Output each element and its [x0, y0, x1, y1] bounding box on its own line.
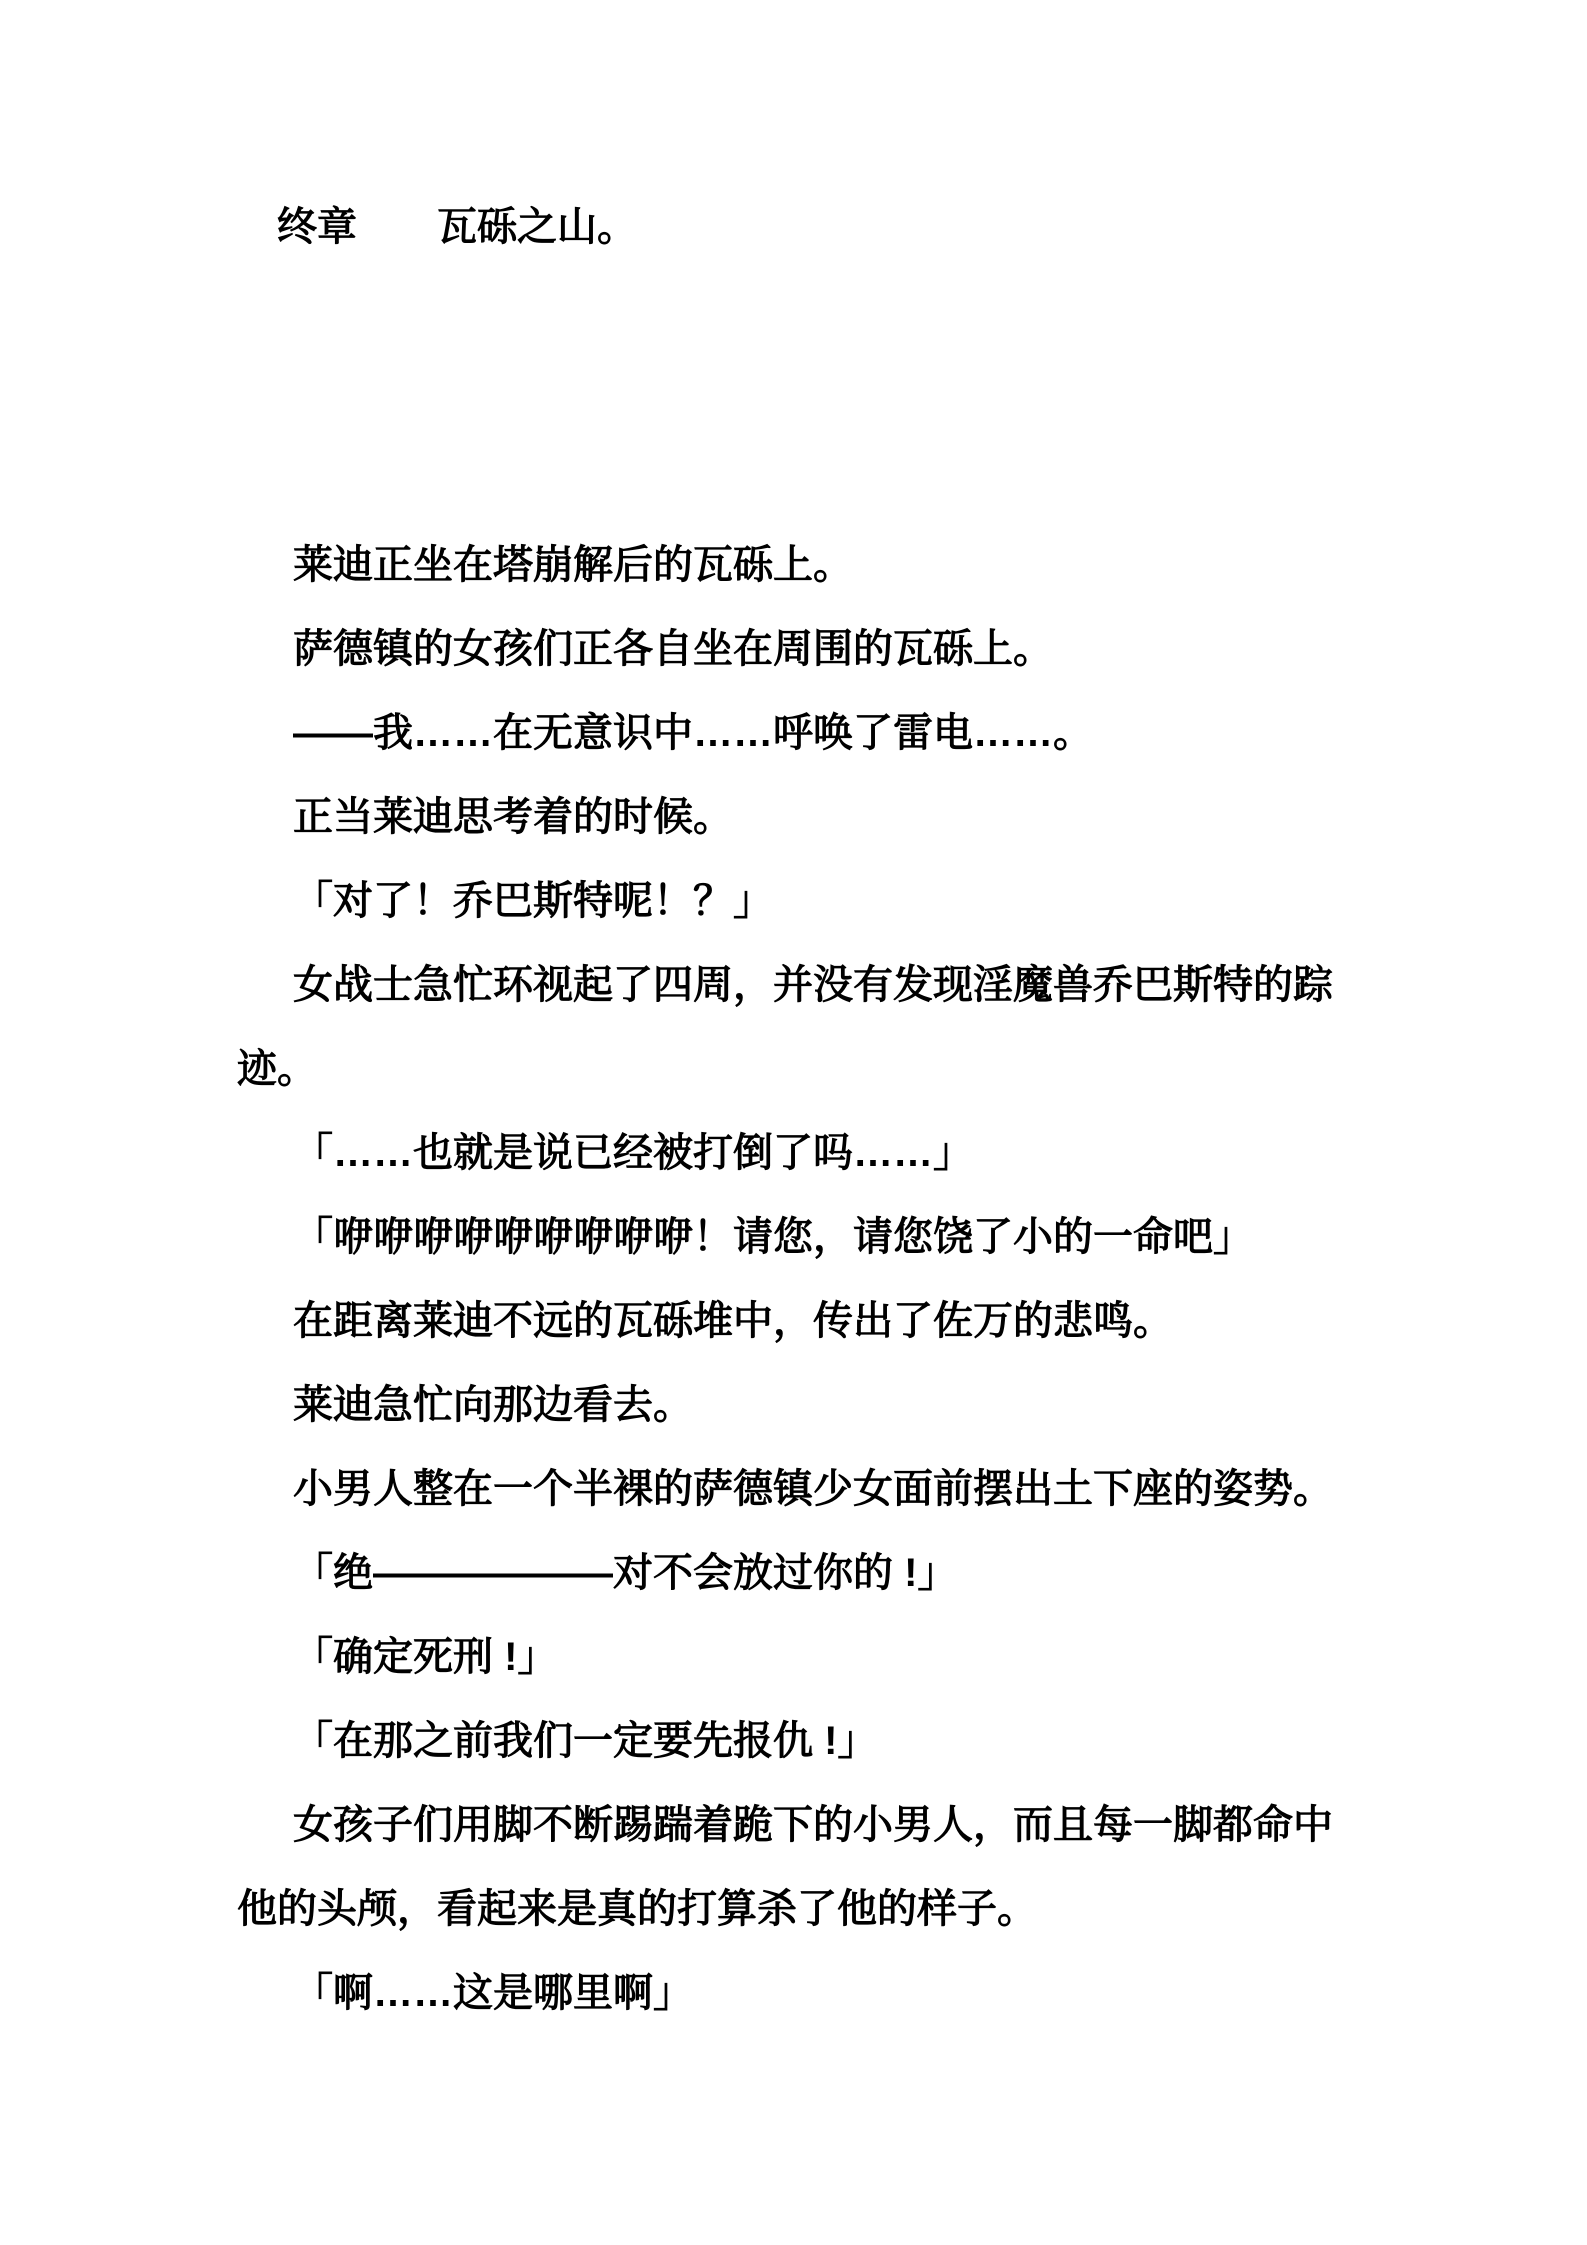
text-line: 「确定死刑 !」: [237, 1615, 1477, 1699]
text-line: 他的头颅，看起来是真的打算杀了他的样子。: [237, 1867, 1477, 1951]
body-text: 莱迪正坐在塔崩解后的瓦砾上。 萨德镇的女孩们正各自坐在周围的瓦砾上。 ——我………: [237, 523, 1477, 2035]
text-line: 迹。: [237, 1027, 1477, 1111]
text-line: 萨德镇的女孩们正各自坐在周围的瓦砾上。: [237, 607, 1477, 691]
text-line: 「啊……这是哪里啊」: [237, 1951, 1477, 2035]
text-line: 小男人整在一个半裸的萨德镇少女面前摆出土下座的姿势。: [237, 1447, 1477, 1531]
text-line: 「绝——————对不会放过你的 !」: [237, 1531, 1477, 1615]
text-line: 「咿咿咿咿咿咿咿咿咿！请您，请您饶了小的一命吧」: [237, 1195, 1477, 1279]
text-line: 「在那之前我们一定要先报仇 !」: [237, 1699, 1477, 1783]
chapter-title: 终章 瓦砾之山。: [277, 203, 637, 251]
text-line: ——我……在无意识中……呼唤了雷电……。: [237, 691, 1477, 775]
text-line: 「对了！乔巴斯特呢！？」: [237, 859, 1477, 943]
text-line: 女孩子们用脚不断踢踹着跪下的小男人，而且每一脚都命中: [237, 1783, 1477, 1867]
text-line: 女战士急忙环视起了四周，并没有发现淫魔兽乔巴斯特的踪: [237, 943, 1477, 1027]
novel-page: 终章 瓦砾之山。 莱迪正坐在塔崩解后的瓦砾上。 萨德镇的女孩们正各自坐在周围的瓦…: [0, 0, 1587, 2245]
text-line: 莱迪正坐在塔崩解后的瓦砾上。: [237, 523, 1477, 607]
text-line: 正当莱迪思考着的时候。: [237, 775, 1477, 859]
text-line: 「……也就是说已经被打倒了吗……」: [237, 1111, 1477, 1195]
text-line: 在距离莱迪不远的瓦砾堆中，传出了佐万的悲鸣。: [237, 1279, 1477, 1363]
text-line: 莱迪急忙向那边看去。: [237, 1363, 1477, 1447]
